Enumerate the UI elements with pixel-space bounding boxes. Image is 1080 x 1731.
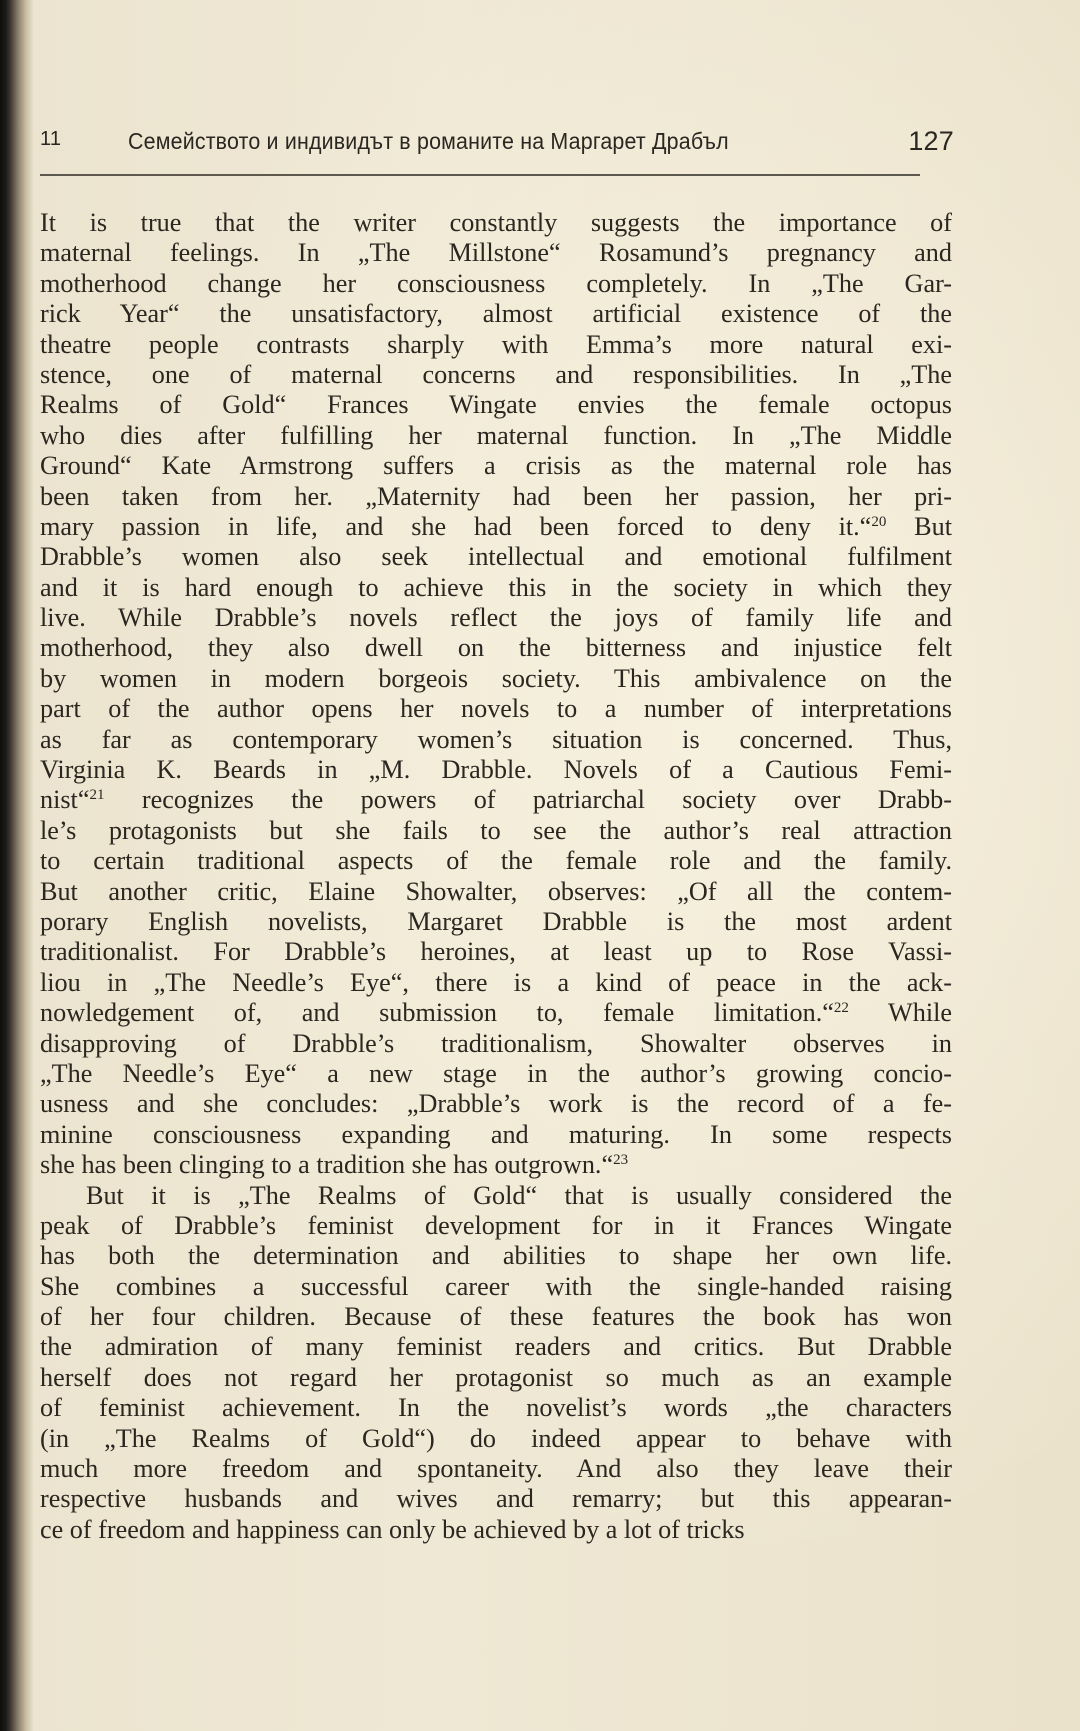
running-title: Семейството и индивидът в романите на Ма… [128, 128, 729, 155]
text-line: herself does not regard her protagonist … [40, 1363, 952, 1393]
text-line: Virginia K. Beards in „M. Drabble. Novel… [40, 755, 952, 785]
text-line: she has been clinging to a tradition she… [40, 1150, 952, 1180]
page-number: 127 [908, 126, 954, 157]
text-line: peak of Drabble’s feminist development f… [40, 1211, 952, 1241]
text-line: motherhood, they also dwell on the bitte… [40, 633, 952, 663]
text-line: and it is hard enough to achieve this in… [40, 573, 952, 603]
text-line: of her four children. Because of these f… [40, 1302, 952, 1332]
footnote-marker: 23 [613, 1152, 628, 1168]
book-spine-shadow [0, 0, 34, 1731]
text-line: Ground“ Kate Armstrong suffers a crisis … [40, 451, 952, 481]
text-line: But it is „The Realms of Gold“ that is u… [40, 1181, 952, 1211]
text-line: disapproving of Drabble’s traditionalism… [40, 1029, 952, 1059]
text-line: as far as contemporary women’s situation… [40, 725, 952, 755]
text-line: rick Year“ the unsatisfactory, almost ar… [40, 299, 952, 329]
text-line: to certain traditional aspects of the fe… [40, 846, 952, 876]
text-line: part of the author opens her novels to a… [40, 694, 952, 724]
text-line: of feminist achievement. In the novelist… [40, 1393, 952, 1423]
text-line: (in „The Realms of Gold“) do indeed appe… [40, 1424, 952, 1454]
text-line: „The Needle’s Eye“ a new stage in the au… [40, 1059, 952, 1089]
text-line: respective husbands and wives and remarr… [40, 1484, 952, 1514]
text-line: porary English novelists, Margaret Drabb… [40, 907, 952, 937]
text-line: Realms of Gold“ Frances Wingate envies t… [40, 390, 952, 420]
text-line: who dies after fulfilling her maternal f… [40, 421, 952, 451]
text-line: liou in „The Needle’s Eye“, there is a k… [40, 968, 952, 998]
text-line: nowledgement of, and submission to, fema… [40, 998, 952, 1028]
text-line: mary passion in life, and she had been f… [40, 512, 952, 542]
text-line: been taken from her. „Maternity had been… [40, 482, 952, 512]
running-head: 11 Семейството и индивидът в романите на… [40, 126, 960, 162]
text-line: le’s protagonists but she fails to see t… [40, 816, 952, 846]
text-line: motherhood change her consciousness comp… [40, 269, 952, 299]
text-line: the admiration of many feminist readers … [40, 1332, 952, 1362]
text-line: It is true that the writer constantly su… [40, 208, 952, 238]
text-line: But another critic, Elaine Showalter, ob… [40, 877, 952, 907]
text-line: stence, one of maternal concerns and res… [40, 360, 952, 390]
text-line: ce of freedom and happiness can only be … [40, 1515, 952, 1545]
text-line: She combines a successful career with th… [40, 1272, 952, 1302]
text-line: traditionalist. For Drabble’s heroines, … [40, 937, 952, 967]
text-line: minine consciousness expanding and matur… [40, 1120, 952, 1150]
header-rule [40, 174, 920, 176]
book-page: 11 Семейството и индивидът в романите на… [0, 0, 1080, 1731]
text-line: Drabble’s women also seek intellectual a… [40, 542, 952, 572]
text-line: much more freedom and spontaneity. And a… [40, 1454, 952, 1484]
footnote-marker: 20 [871, 514, 886, 530]
text-line: usness and she concludes: „Drabble’s wor… [40, 1089, 952, 1119]
section-mark: 11 [40, 128, 61, 151]
text-line: live. While Drabble’s novels reflect the… [40, 603, 952, 633]
body-text: It is true that the writer constantly su… [40, 208, 952, 1545]
text-line: has both the determination and abilities… [40, 1241, 952, 1271]
footnote-marker: 22 [834, 1000, 849, 1016]
text-line: maternal feelings. In „The Millstone“ Ro… [40, 238, 952, 268]
text-line: nist“21 recognizes the powers of patriar… [40, 785, 952, 815]
text-line: theatre people contrasts sharply with Em… [40, 330, 952, 360]
text-line: by women in modern borgeois society. Thi… [40, 664, 952, 694]
footnote-marker: 21 [89, 787, 104, 803]
